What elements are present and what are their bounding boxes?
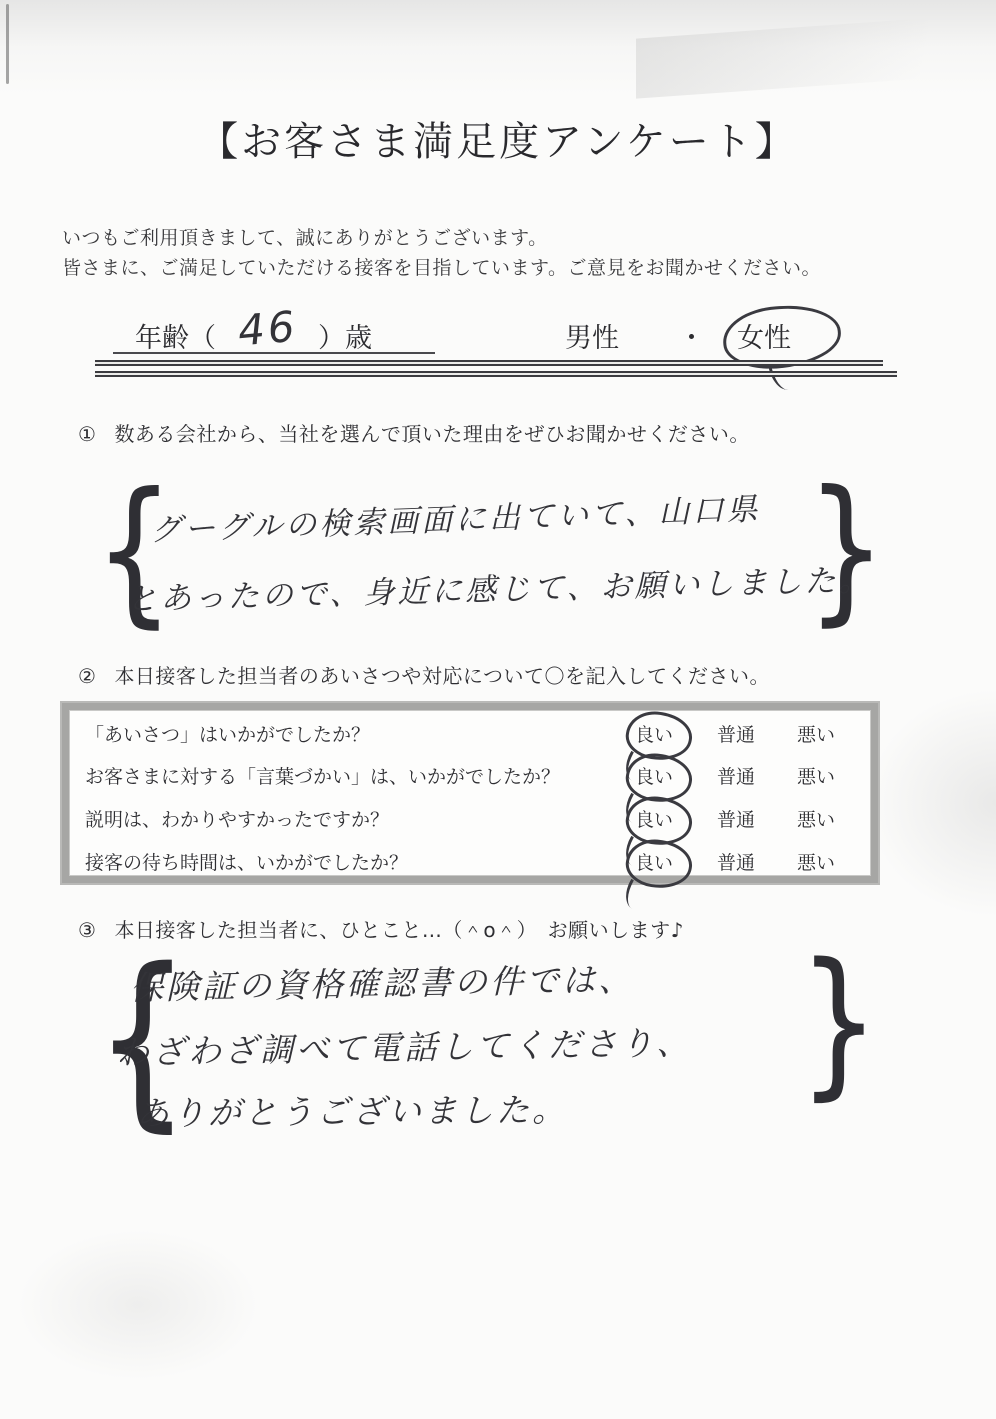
- answer-3-line-1: 保険証の資格確認書の件では、: [130, 954, 635, 1010]
- question-2-number: ②: [78, 664, 96, 688]
- answer-1-line-1: グーグルの検索画面に出ていて、山口県: [149, 483, 761, 549]
- table-row: お客さまに対する「言葉づかい」は、いかがでしたか？ 良い 普通 悪い: [69, 758, 871, 792]
- rating-table: 「あいさつ」はいかがでしたか？ 良い 普通 悪い お客さまに対する「言葉づかい」…: [62, 703, 878, 883]
- age-label-prefix: 年齢（: [135, 316, 216, 355]
- option-normal: 普通: [717, 805, 755, 832]
- question-2-text: 本日接客した担当者のあいさつや対応について〇を記入してください。: [114, 664, 770, 688]
- row-question: 接客の待ち時間は、いかがでしたか？: [85, 848, 408, 875]
- hand-brace-close-answer-1: }: [806, 470, 886, 628]
- question-2: ②本日接客した担当者のあいさつや対応について〇を記入してください。: [78, 660, 770, 689]
- gender-female-label: 女性: [737, 323, 791, 354]
- answer-1-line-2: とあったので、身近に感じて、お願いしました。: [126, 554, 873, 619]
- option-bad: 悪い: [797, 848, 835, 875]
- question-1: ①数ある会社から、当社を選んで頂いた理由をぜひお聞かせください。: [78, 418, 750, 447]
- row-question: お客さまに対する「言葉づかい」は、いかがでしたか？: [85, 762, 560, 789]
- option-good: 良い: [635, 848, 673, 875]
- scanned-survey-page: 【お客さま満足度アンケート】 いつもご利用頂きまして、誠にありがとうございます。…: [0, 0, 996, 1419]
- table-row: 説明は、わかりやすかったですか？ 良い 普通 悪い: [69, 801, 871, 835]
- age-label-suffix: ）歳: [318, 316, 372, 355]
- gender-separator: ・: [678, 316, 705, 355]
- row-question: 「あいさつ」はいかがでしたか？: [85, 720, 370, 747]
- option-normal: 普通: [717, 848, 755, 875]
- question-3-text: 本日接客した担当者に、ひとこと…（＾o＾） お願いします♪: [114, 918, 684, 942]
- option-normal: 普通: [717, 720, 755, 747]
- question-1-text: 数ある会社から、当社を選んで頂いた理由をぜひお聞かせください。: [114, 422, 750, 446]
- scan-artifact-right-strip: [866, 688, 996, 918]
- option-good-label: 良い: [635, 852, 673, 874]
- page-title: 【お客さま満足度アンケート】: [0, 110, 996, 167]
- option-bad: 悪い: [797, 805, 835, 832]
- hand-brace-close-answer-3: }: [798, 942, 879, 1102]
- scan-artifact-bottom-smudge: [18, 1230, 258, 1380]
- age-field-underline: [113, 352, 435, 354]
- option-good: 良い: [635, 805, 673, 832]
- table-row: 「あいさつ」はいかがでしたか？ 良い 普通 悪い: [69, 716, 871, 750]
- row-question: 説明は、わかりやすかったですか？: [85, 805, 389, 832]
- option-normal: 普通: [717, 762, 755, 789]
- option-good: 良い: [635, 720, 673, 747]
- intro-line-1: いつもご利用頂きまして、誠にありがとうございます。: [62, 223, 548, 250]
- option-good-label: 良い: [635, 766, 673, 788]
- gender-option-male: 男性: [565, 316, 619, 355]
- age-value-handwritten: 46: [236, 302, 299, 356]
- table-row: 接客の待ち時間は、いかがでしたか？ 良い 普通 悪い: [69, 844, 871, 878]
- option-bad: 悪い: [797, 762, 835, 789]
- option-good-label: 良い: [635, 724, 673, 746]
- divider-double-rule-1: [95, 360, 883, 366]
- answer-3-line-3: ありがとうございました。: [136, 1084, 568, 1135]
- scan-artifact-left-edge: [6, 4, 9, 84]
- intro-line-2: 皆さまに、ご満足していただける接客を目指しています。ご意見をお聞かせください。: [62, 253, 821, 280]
- option-bad: 悪い: [797, 720, 835, 747]
- option-good-label: 良い: [635, 809, 673, 831]
- divider-double-rule-2: [95, 371, 897, 377]
- question-1-number: ①: [78, 422, 96, 446]
- gender-option-female: 女性: [737, 316, 791, 355]
- option-good: 良い: [635, 762, 673, 789]
- answer-3-line-2: わざわざ調べて電話してくださり、: [116, 1017, 693, 1074]
